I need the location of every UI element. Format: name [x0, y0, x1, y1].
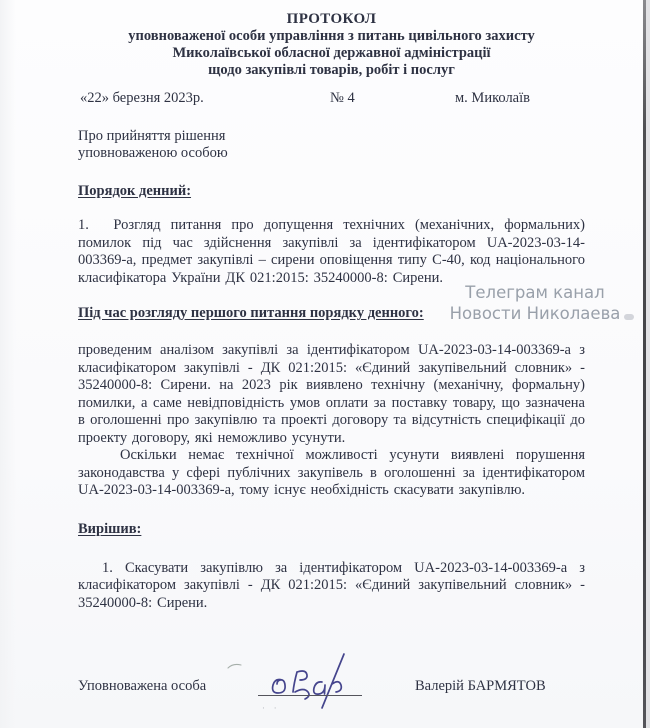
- signature-line: [258, 695, 362, 696]
- document-subtitle-line-2: Миколаївської обласної державної адмініс…: [78, 45, 585, 62]
- scan-edge-line: [643, 0, 646, 728]
- document-meta-row: «22» березня 2023р. № 4 м. Миколаїв: [78, 90, 585, 107]
- agenda-heading: Порядок денний:: [78, 183, 585, 200]
- scanned-protocol-document: ПРОТОКОЛ уповноваженої особи управління …: [0, 0, 650, 728]
- document-header: ПРОТОКОЛ уповноваженої особи управління …: [78, 10, 585, 79]
- subject-line-1: Про прийняття рішення: [78, 128, 585, 145]
- faint-under-marks: · ·: [262, 704, 280, 714]
- document-subject: Про прийняття рішення уповноваженою особ…: [78, 128, 585, 162]
- document-title: ПРОТОКОЛ: [78, 10, 585, 28]
- handwritten-signature-icon: [246, 650, 376, 712]
- document-number: № 4: [330, 90, 355, 107]
- decision-item-paragraph: 1. Скасувати закупівлю за ідентифікаторо…: [78, 560, 585, 613]
- document-date: «22» березня 2023р.: [80, 90, 204, 107]
- document-subtitle-line-1: уповноваженої особи управління з питань …: [78, 28, 585, 45]
- decision-heading: Вирішив:: [78, 521, 585, 538]
- consideration-paragraph-2: Оскільки немає технічної можливості усун…: [78, 447, 585, 500]
- document-subtitle-line-3: щодо закупівлі товарів, робіт і послуг: [78, 62, 585, 79]
- consideration-paragraph-1: проведеним аналізом закупівлі за ідентиф…: [78, 342, 585, 447]
- signature-role-label: Уповноважена особа: [78, 678, 206, 695]
- signatory-name: Валерій БАРМЯТОВ: [415, 678, 546, 695]
- signature-block: Уповноважена особа · · Валерій БАРМЯТОВ: [78, 664, 585, 728]
- agenda-item-paragraph: 1. Розгляд питання про допущення технічн…: [78, 217, 585, 287]
- consideration-heading: Під час розгляду першого питання порядку…: [78, 305, 585, 322]
- subject-line-2: уповноваженою особою: [78, 145, 585, 162]
- scan-edge-highlight: [646, 0, 650, 728]
- document-place: м. Миколаїв: [455, 90, 530, 107]
- pencil-stray-mark-icon: [226, 660, 244, 672]
- watermark-smudge: [624, 314, 634, 320]
